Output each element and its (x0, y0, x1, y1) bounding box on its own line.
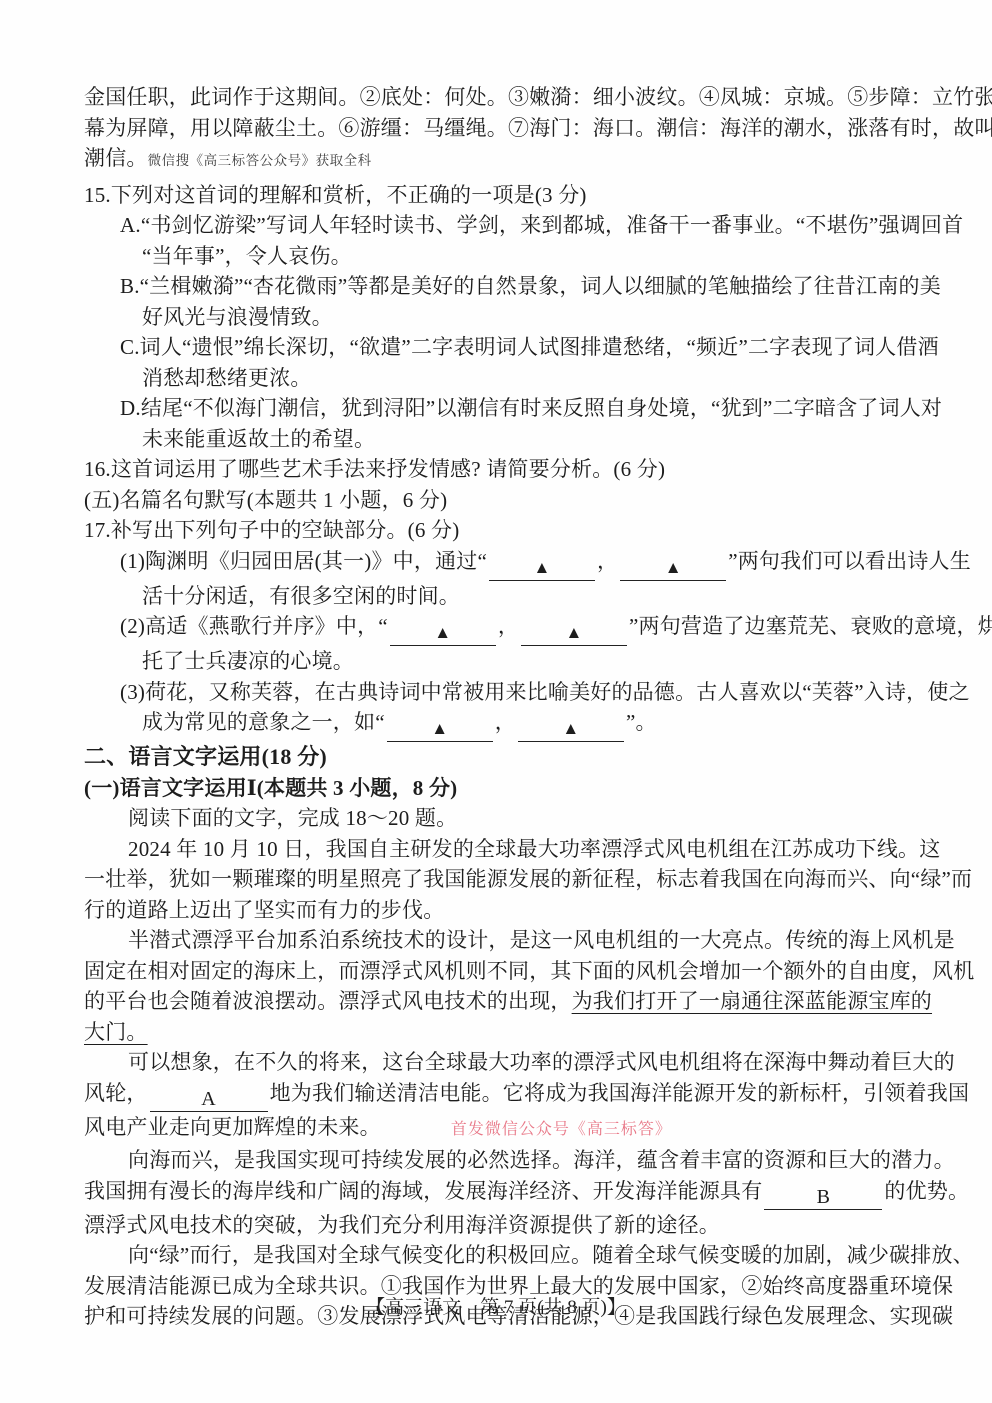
q17-stem: 17.补写出下列句子中的空缺部分。(6 分) (84, 515, 934, 546)
q17-item-1-line1: (1)陶渊明《归园田居(其一)》中，通过“▲，▲”两句我们可以看出诗人生 (120, 546, 934, 581)
q17-item-2-line1: (2)高适《燕歌行并序》中，“▲，▲”两句营造了边塞荒芜、衰败的意境，烘 (120, 611, 934, 646)
answer-blank-triangle: ▲ (387, 717, 493, 742)
passage-p3-line2: 风轮，A地为我们输送清洁电能。它将成为我国海洋能源开发的新标杆，引领着我国 (84, 1078, 934, 1112)
q17-item-2-prefix: (2)高适《燕歌行并序》中，“ (120, 614, 388, 638)
blank-separator-comma: ， (597, 549, 618, 573)
blank-separator-comma: ， (495, 710, 516, 734)
q17-item-2-suffix: ”两句营造了边塞荒芜、衰败的意境，烘 (629, 614, 992, 638)
annotations-block: 金国任职，此词作于这期间。②底处：何处。③嫩漪：细小波纹。④凤城：京城。⑤步障：… (84, 82, 934, 177)
passage-p4-line1: 向海而兴，是我国实现可持续发展的必然选择。海洋，蕴含着丰富的资源和巨大的潜力。 (128, 1145, 934, 1176)
passage-p2-line3-plain: 的平台也会随着波浪摆动。漂浮式风电技术的出现， (84, 989, 572, 1013)
q15-option-a-line1: A.“书剑忆游梁”写词人年轻时读书、学剑，来到都城，准备干一番事业。“不堪伤”强… (120, 210, 934, 241)
answer-blank-triangle: ▲ (518, 717, 624, 742)
q15-option-d-line1: D.结尾“不似海门潮信，犹到浔阳”以潮信有时来反照自身处境，“犹到”二字暗含了词… (120, 393, 934, 424)
answer-blank-triangle: ▲ (521, 621, 627, 646)
q17-item-3-prefix: 成为常见的意象之一，如“ (142, 710, 385, 734)
q16-stem: 16.这首词运用了哪些艺术手法来抒发情感? 请简要分析。(6 分) (84, 454, 934, 485)
passage-p2-line4: 大门。 (84, 1017, 934, 1048)
passage-p4-line2: 我国拥有漫长的海岸线和广阔的海域，发展海洋经济、开发海洋能源具有B的优势。 (84, 1176, 934, 1210)
annotation-line-3: 潮信。微信搜《高三标答公众号》获取全科 (84, 143, 934, 177)
q17-item-1-prefix: (1)陶渊明《归园田居(其一)》中，通过“ (120, 549, 487, 573)
q15-stem: 15.下列对这首词的理解和赏析，不正确的一项是(3 分) (84, 180, 934, 211)
question-15: 15.下列对这首词的理解和赏析，不正确的一项是(3 分) A.“书剑忆游梁”写词… (84, 180, 934, 455)
passage-p3-line2-suffix: 地为我们输送清洁电能。它将成为我国海洋能源开发的新标杆，引领着我国 (270, 1081, 970, 1105)
passage-p3-line1: 可以想象，在不久的将来，这台全球最大功率的漂浮式风电机组将在深海中舞动着巨大的 (128, 1047, 934, 1078)
q15-option-d-line2: 未来能重返故土的希望。 (142, 424, 934, 455)
annotation-line-2: 幕为屏障，用以障蔽尘土。⑥游缰：马缰绳。⑦海门：海口。潮信：海洋的潮水，涨落有时… (84, 113, 934, 144)
q17-item-1-line2: 活十分闲适，有很多空闲的时间。 (142, 581, 934, 612)
q15-option-a-line2: “当年事”，令人哀伤。 (142, 241, 934, 272)
annotation-line-3-text: 潮信。 (84, 146, 148, 170)
exam-paper-page: 金国任职，此词作于这期间。②底处：何处。③嫩漪：细小波纹。④凤城：京城。⑤步障：… (0, 0, 992, 1403)
q17-item-1-suffix: ”两句我们可以看出诗人生 (728, 549, 971, 573)
wechat-promo-small: 微信搜《高三标答公众号》获取全科 (148, 153, 372, 168)
answer-blank-A: A (150, 1087, 268, 1112)
answer-blank-triangle: ▲ (620, 556, 726, 581)
q17-item-2-line2: 托了士兵凄凉的心境。 (142, 646, 934, 677)
passage-p1-line2: 一壮举，犹如一颗璀璨的明星照亮了我国能源发展的新征程，标志着我国在向海而兴、向“… (84, 864, 934, 895)
passage-p1-line3: 行的道路上迈出了坚实而有力的步伐。 (84, 895, 934, 926)
annotation-line-1: 金国任职，此词作于这期间。②底处：何处。③嫩漪：细小波纹。④凤城：京城。⑤步障：… (84, 82, 934, 113)
passage-p2-line2: 固定在相对固定的海床上，而漂浮式风机则不同，其下面的风机会增加一个额外的自由度，… (84, 956, 934, 987)
page-footer: 【高三语文 第 7 页(共 8 页)】 (0, 1292, 992, 1319)
q15-option-b-line2: 好风光与浪漫情致。 (142, 302, 934, 333)
section-5-title: (五)名篇名句默写(本题共 1 小题，6 分) (84, 485, 934, 516)
wechat-promo-red: 首发微信公众号《高三标答》 (451, 1121, 672, 1138)
passage-p4-line3: 漂浮式风电技术的突破，为我们充分利用海洋资源提供了新的途径。 (84, 1210, 934, 1241)
underlined-phrase-part1: 为我们打开了一扇通往深蓝能源宝库的 (572, 989, 932, 1013)
passage-p1-line1: 2024 年 10 月 10 日，我国自主研发的全球最大功率漂浮式风电机组在江苏… (128, 834, 934, 865)
q17-item-3-suffix: ”。 (626, 710, 657, 734)
underlined-phrase-part2: 大门。 (84, 1020, 148, 1044)
passage-p3-line3: 风电产业走向更加辉煌的未来。首发微信公众号《高三标答》 (84, 1112, 934, 1146)
passage-p3-line2-prefix: 风轮， (84, 1081, 148, 1105)
passage-p2-line3: 的平台也会随着波浪摆动。漂浮式风电技术的出现，为我们打开了一扇通往深蓝能源宝库的 (84, 986, 934, 1017)
q15-option-b-line1: B.“兰楫嫩漪”“杏花微雨”等都是美好的自然景象，词人以细腻的笔触描绘了往昔江南… (120, 271, 934, 302)
reading-instruction: 阅读下面的文字，完成 18～20 题。 (128, 803, 934, 834)
question-17: 17.补写出下列句子中的空缺部分。(6 分) (1)陶渊明《归园田居(其一)》中… (84, 515, 934, 742)
passage-p3-line3-text: 风电产业走向更加辉煌的未来。 (84, 1115, 381, 1139)
passage-p5-line1: 向“绿”而行，是我国对全球气候变化的积极回应。随着全球气候变暖的加剧，减少碳排放… (128, 1240, 934, 1271)
q17-item-3-line1: (3)荷花，又称芙蓉，在古典诗词中常被用来比喻美好的品德。古人喜欢以“芙蓉”入诗… (120, 677, 934, 708)
passage-block: 2024 年 10 月 10 日，我国自主研发的全球最大功率漂浮式风电机组在江苏… (84, 834, 934, 1332)
page-content: 金国任职，此词作于这期间。②底处：何处。③嫩漪：细小波纹。④凤城：京城。⑤步障：… (84, 82, 934, 1332)
passage-p4-line2-suffix: 的优势。 (884, 1179, 969, 1203)
answer-blank-B: B (764, 1185, 882, 1210)
passage-p4-line2-prefix: 我国拥有漫长的海岸线和广阔的海域，发展海洋经济、开发海洋能源具有 (84, 1179, 762, 1203)
q15-option-c-line2: 消愁却愁绪更浓。 (142, 363, 934, 394)
blank-separator-comma: ， (498, 614, 519, 638)
q15-option-c-line1: C.词人“遗恨”绵长深切，“欲遣”二字表明词人试图排遣愁绪，“频近”二字表现了词… (120, 332, 934, 363)
section-2-title: 二、语言文字运用(18 分) (84, 742, 934, 773)
passage-p2-line1: 半潜式漂浮平台加系泊系统技术的设计，是这一风电机组的一大亮点。传统的海上风机是 (128, 925, 934, 956)
answer-blank-triangle: ▲ (489, 556, 595, 581)
answer-blank-triangle: ▲ (390, 621, 496, 646)
section-2-subtitle: (一)语言文字运用Ⅰ(本题共 3 小题，8 分) (84, 773, 934, 804)
q17-item-3-line2: 成为常见的意象之一，如“▲，▲”。 (142, 707, 934, 742)
